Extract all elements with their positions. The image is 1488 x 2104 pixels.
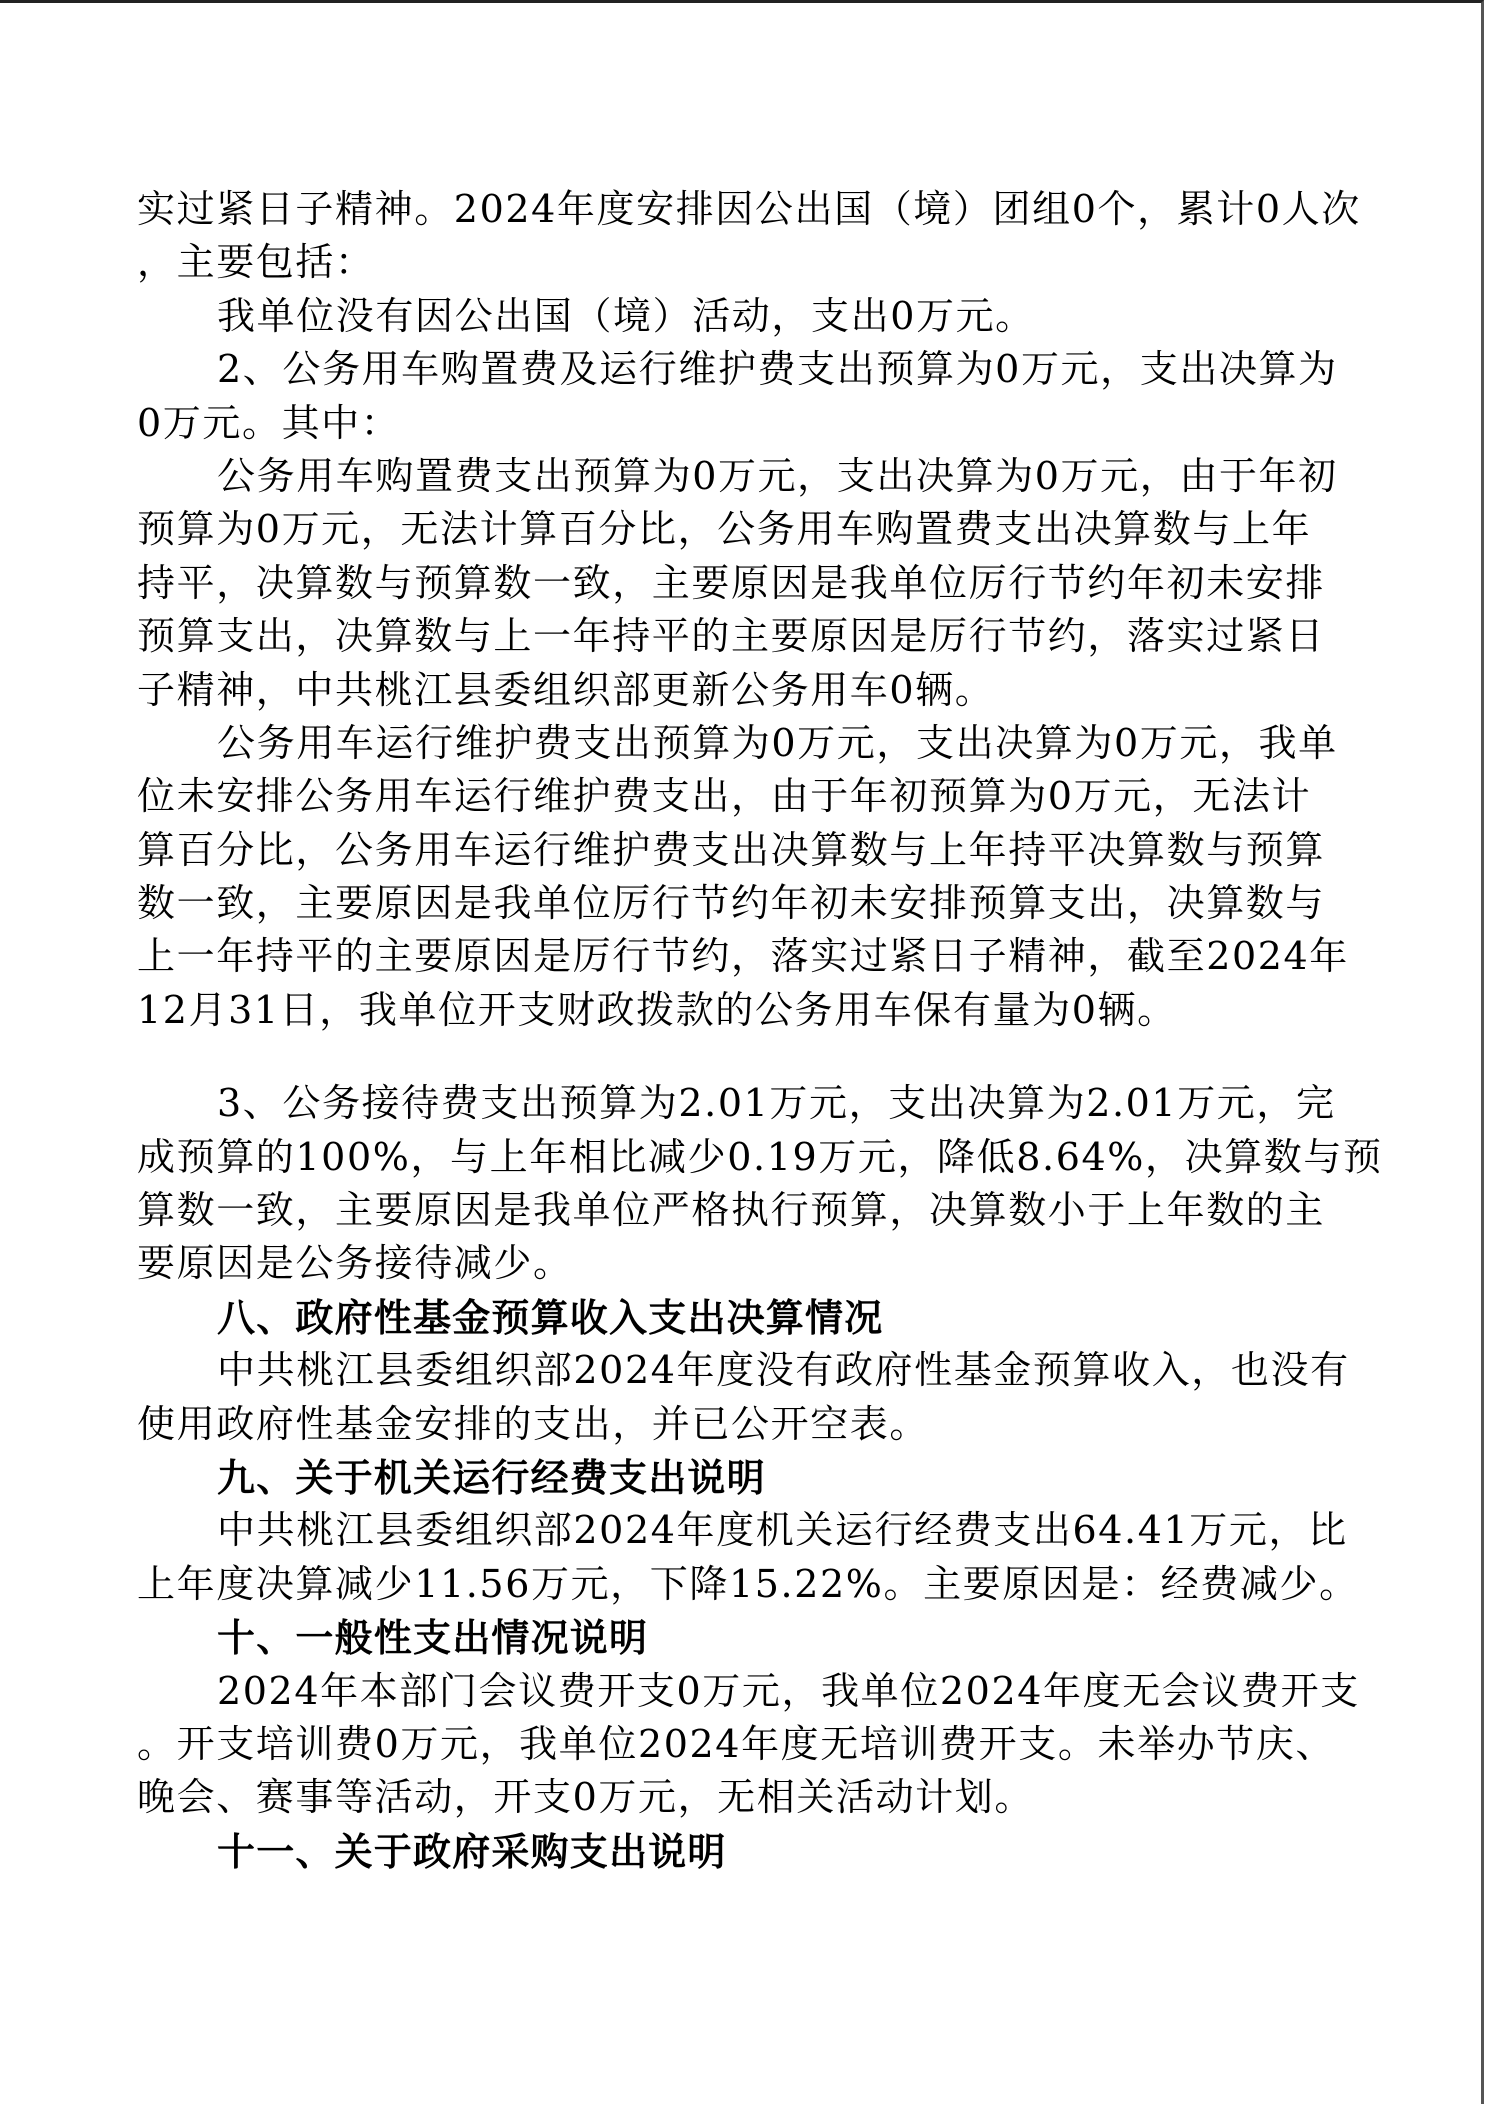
text-line: 中共桃江县委组织部2024年度机关运行经费支出64.41万元，比 xyxy=(137,1504,1347,1557)
text-line: 算数一致，主要原因是我单位严格执行预算，决算数小于上年数的主 xyxy=(137,1184,1347,1237)
text-line: 公务用车购置费支出预算为0万元，支出决算为0万元，由于年初 xyxy=(137,450,1347,503)
text-line: 上年度决算减少11.56万元，下降15.22%。主要原因是：经费减少。 xyxy=(137,1558,1347,1611)
text-line: 算百分比，公务用车运行维护费支出决算数与上年持平决算数与预算 xyxy=(137,824,1347,877)
paragraph-spacer xyxy=(137,1037,1347,1077)
text-line: 使用政府性基金安排的支出，并已公开空表。 xyxy=(137,1398,1347,1451)
text-line: 12月31日，我单位开支财政拨款的公务用车保有量为0辆。 xyxy=(137,984,1347,1037)
document-body: 实过紧日子精神。2024年度安排因公出国（境）团组0个，累计0人次 ，主要包括：… xyxy=(137,183,1347,1878)
text-line: 实过紧日子精神。2024年度安排因公出国（境）团组0个，累计0人次 xyxy=(137,183,1347,236)
text-line: 持平，决算数与预算数一致，主要原因是我单位厉行节约年初未安排 xyxy=(137,557,1347,610)
text-line: ，主要包括： xyxy=(137,236,1347,289)
heading-text: 十、一般性支出情况说明 xyxy=(137,1611,1347,1664)
text-line: 2024年本部门会议费开支0万元，我单位2024年度无会议费开支 xyxy=(137,1665,1347,1718)
section-heading-9: 九、关于机关运行经费支出说明 xyxy=(137,1451,1347,1504)
text-line: 中共桃江县委组织部2024年度没有政府性基金预算收入，也没有 xyxy=(137,1344,1347,1397)
text-line: 子精神，中共桃江县委组织部更新公务用车0辆。 xyxy=(137,664,1347,717)
heading-text: 九、关于机关运行经费支出说明 xyxy=(137,1451,1347,1504)
document-page: 实过紧日子精神。2024年度安排因公出国（境）团组0个，累计0人次 ，主要包括：… xyxy=(0,0,1484,2104)
text-line: 0万元。其中： xyxy=(137,397,1347,450)
text-line: 数一致，主要原因是我单位厉行节约年初未安排预算支出，决算数与 xyxy=(137,877,1347,930)
text-line: 我单位没有因公出国（境）活动，支出0万元。 xyxy=(137,290,1347,343)
paragraph-general-expenses: 2024年本部门会议费开支0万元，我单位2024年度无会议费开支 。开支培训费0… xyxy=(137,1665,1347,1825)
text-line: 3、公务接待费支出预算为2.01万元，支出决算为2.01万元，完 xyxy=(137,1077,1347,1130)
text-line: 成预算的100%，与上年相比减少0.19万元，降低8.64%，决算数与预 xyxy=(137,1131,1347,1184)
section-heading-8: 八、政府性基金预算收入支出决算情况 xyxy=(137,1291,1347,1344)
text-line: 预算为0万元，无法计算百分比，公务用车购置费支出决算数与上年 xyxy=(137,503,1347,556)
paragraph-reception: 3、公务接待费支出预算为2.01万元，支出决算为2.01万元，完 成预算的100… xyxy=(137,1077,1347,1291)
paragraph-vehicle-total: 2、公务用车购置费及运行维护费支出预算为0万元，支出决算为 0万元。其中： xyxy=(137,343,1347,450)
heading-text: 十一、关于政府采购支出说明 xyxy=(137,1825,1347,1878)
text-line: 2、公务用车购置费及运行维护费支出预算为0万元，支出决算为 xyxy=(137,343,1347,396)
paragraph-vehicle-maintenance: 公务用车运行维护费支出预算为0万元，支出决算为0万元，我单 位未安排公务用车运行… xyxy=(137,717,1347,1037)
heading-text: 八、政府性基金预算收入支出决算情况 xyxy=(137,1291,1347,1344)
text-line: 。开支培训费0万元，我单位2024年度无培训费开支。未举办节庆、 xyxy=(137,1718,1347,1771)
text-line: 位未安排公务用车运行维护费支出，由于年初预算为0万元，无法计 xyxy=(137,770,1347,823)
paragraph-vehicle-purchase: 公务用车购置费支出预算为0万元，支出决算为0万元，由于年初 预算为0万元，无法计… xyxy=(137,450,1347,717)
text-line: 上一年持平的主要原因是厉行节约，落实过紧日子精神，截至2024年 xyxy=(137,930,1347,983)
paragraph-gov-fund: 中共桃江县委组织部2024年度没有政府性基金预算收入，也没有 使用政府性基金安排… xyxy=(137,1344,1347,1451)
text-line: 晚会、赛事等活动，开支0万元，无相关活动计划。 xyxy=(137,1771,1347,1824)
section-heading-11: 十一、关于政府采购支出说明 xyxy=(137,1825,1347,1878)
paragraph-operating-expenses: 中共桃江县委组织部2024年度机关运行经费支出64.41万元，比 上年度决算减少… xyxy=(137,1504,1347,1611)
paragraph-overseas-detail: 我单位没有因公出国（境）活动，支出0万元。 xyxy=(137,290,1347,343)
text-line: 预算支出，决算数与上一年持平的主要原因是厉行节约，落实过紧日 xyxy=(137,610,1347,663)
paragraph-overseas-summary: 实过紧日子精神。2024年度安排因公出国（境）团组0个，累计0人次 ，主要包括： xyxy=(137,183,1347,290)
text-line: 要原因是公务接待减少。 xyxy=(137,1237,1347,1290)
text-line: 公务用车运行维护费支出预算为0万元，支出决算为0万元，我单 xyxy=(137,717,1347,770)
section-heading-10: 十、一般性支出情况说明 xyxy=(137,1611,1347,1664)
